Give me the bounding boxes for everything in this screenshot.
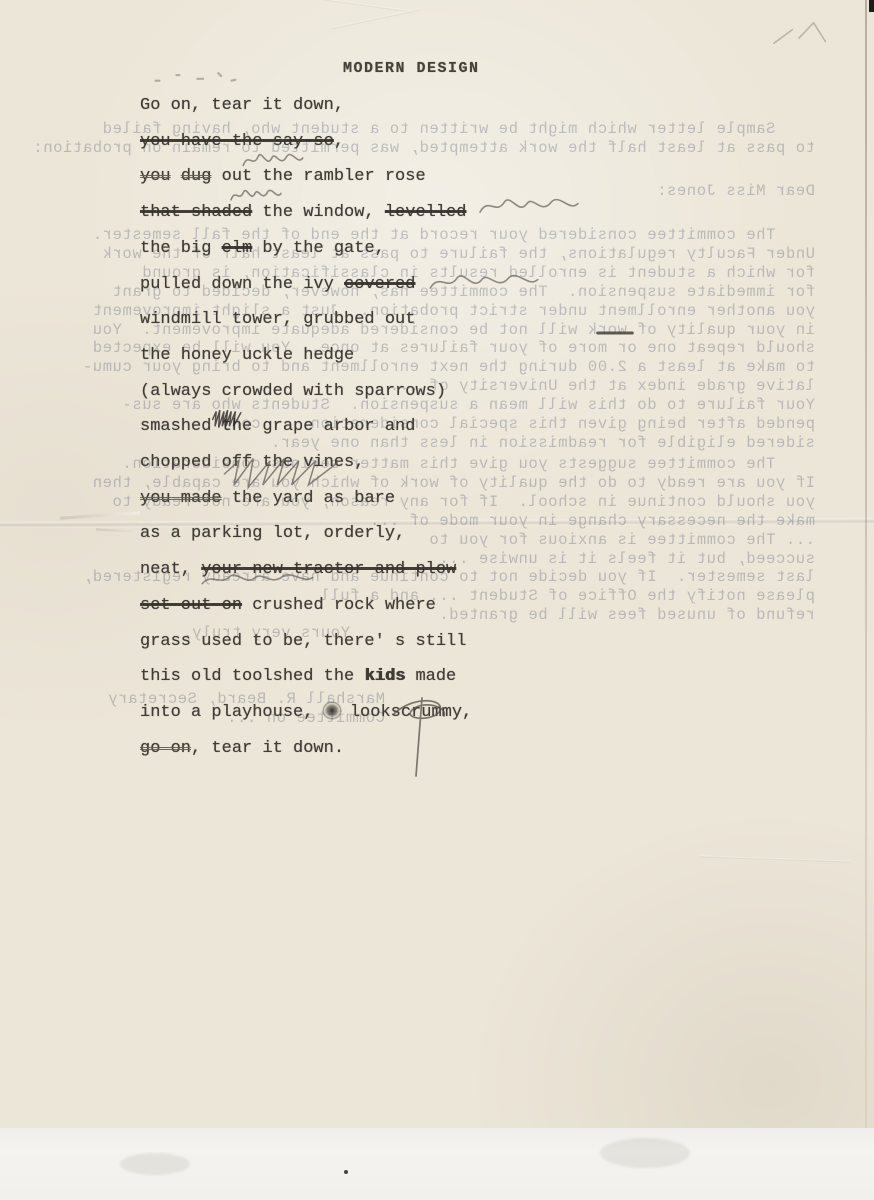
pencil-annotation-smudge [148, 62, 243, 90]
poem-line: chopped off the vines, [140, 445, 472, 481]
typed-text: made [405, 667, 456, 686]
typed-text: kids [364, 667, 405, 686]
struck-text: that shaded [140, 203, 252, 222]
typed-text: chopped off the vines, [140, 453, 364, 472]
pencil-annotation-caret [770, 16, 836, 50]
poem-line: the honey uckle hedge [140, 338, 472, 374]
typed-text: pulled down the ivy [140, 275, 344, 294]
poem-line: into a playhouse, lookscrummy, [140, 695, 472, 731]
top-wrinkle [331, 9, 419, 30]
pencil-annotation-dash [597, 329, 633, 337]
scan-corner-notch [869, 0, 874, 12]
scanned-page: Sample letter which might be written to … [0, 0, 874, 1128]
poem-line: pulled down the ivy covered [140, 267, 472, 303]
struck-text: you made [140, 489, 222, 508]
pencil-smear [600, 1138, 690, 1168]
typed-text: Go on, tear it down, [140, 96, 344, 115]
struck-text: you [140, 167, 171, 186]
paper-edge-shadow [865, 0, 867, 1128]
struck-text: elm [222, 239, 253, 258]
poem-line: the big elm by the gate, [140, 231, 472, 267]
underlying-sheet-edge [0, 1128, 874, 1200]
struck-text: covered [344, 275, 415, 294]
typed-text: neat, [140, 560, 201, 579]
bleedthrough-paragraph: Dear Miss Jones: [657, 182, 815, 201]
page-title: MODERN DESIGN [343, 60, 480, 77]
poem-line: (always crowded with sparrows) [140, 374, 472, 410]
typed-text: (always crowded with sparrows) [140, 382, 446, 401]
typed-text: crushed rock where [242, 596, 436, 615]
fold-wrinkle [60, 511, 140, 520]
typed-text: , tear it down. [191, 739, 344, 758]
struck-text: you have the say-so [140, 132, 334, 151]
typed-text: grass used to be, there' s still [140, 632, 466, 651]
typed-text: the window, [252, 203, 385, 222]
typed-text [171, 167, 181, 186]
side-wrinkle [700, 855, 850, 862]
poem-line: set out on crushed rock where [140, 588, 472, 624]
poem-line: windmill tower, grubbed out [140, 302, 472, 338]
poem-line: as a parking lot, orderly, [140, 516, 472, 552]
poem-line: grass used to be, there' s still [140, 624, 472, 660]
top-wrinkle [290, 0, 409, 12]
typed-text: the honey uckle hedge [140, 346, 354, 365]
typed-text: by the gate, [252, 239, 385, 258]
typed-text: the yard as bare [222, 489, 395, 508]
bleedthrough-line: Dear Miss Jones: [657, 182, 815, 201]
poem-line: you dug out the rambler rose [140, 159, 472, 195]
typed-text: as a parking lot, orderly, [140, 524, 405, 543]
struck-text: go on [140, 739, 191, 758]
scanned-document: { "page": { "title": "MODERN DESIGN" }, … [0, 0, 874, 1200]
typed-text: , [334, 132, 344, 151]
typed-text: this old toolshed the [140, 667, 364, 686]
poem-line: that shaded the window, levelled [140, 195, 472, 231]
typed-text: lookscrummy, [340, 703, 473, 722]
typed-text: windmill tower, grubbed out [140, 310, 415, 329]
typed-text: out the rambler rose [211, 167, 425, 186]
poem-line: smashed the grape arbor and [140, 409, 472, 445]
struck-text: dug [181, 167, 212, 186]
poem-line: go on, tear it down. [140, 731, 472, 767]
typed-text: the big [140, 239, 222, 258]
poem-body: Go on, tear it down,you have the say-so,… [140, 88, 472, 766]
ink-scribble-blob [324, 703, 340, 718]
struck-text: levelled [385, 203, 467, 222]
poem-line: neat, your new tractor and plow [140, 552, 472, 588]
pencil-annotation-cursive [478, 190, 580, 224]
poem-line: you made the yard as bare [140, 481, 472, 517]
poem-line: you have the say-so, [140, 124, 472, 160]
pencil-smear [120, 1153, 190, 1175]
poem-line: Go on, tear it down, [140, 88, 472, 124]
struck-text: set out on [140, 596, 242, 615]
struck-text: your new tractor and plow [201, 560, 456, 579]
typed-text: smashed the grape arbor and [140, 417, 415, 436]
poem-line: this old toolshed the kids made [140, 659, 472, 695]
dust-speck [344, 1170, 348, 1174]
typed-text: into a playhouse, [140, 703, 324, 722]
